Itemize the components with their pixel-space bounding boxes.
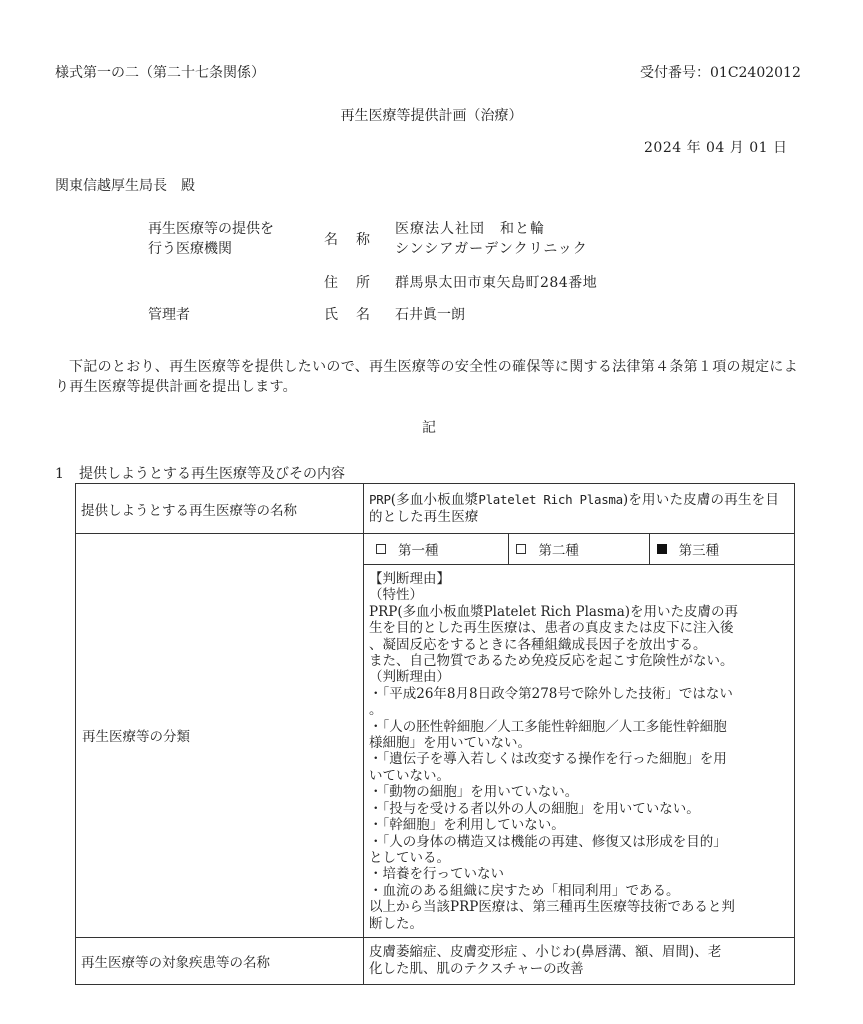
section-1-title: 提供しようとする再生医療等及びその内容 — [79, 466, 345, 482]
institution-address: 群馬県太田市東矢島町284番地 — [395, 272, 597, 292]
form-identifier: 様式第一の二（第二十七条関係） — [55, 62, 265, 82]
name-key-a: 名 — [324, 229, 338, 249]
checkbox-empty-icon — [516, 544, 526, 554]
reason-line: 【判断理由】 — [369, 571, 790, 587]
intro-paragraph: 下記のとおり、再生医療等を提供したいので、再生医療等の安全性の確保等に関する法律… — [55, 357, 800, 397]
name-value-jp1: (多血小板血漿 — [391, 492, 479, 508]
classification-label-cell: 再生医療等の分類 — [76, 534, 364, 938]
manager-name: 石井眞一朗 — [395, 304, 465, 324]
reason-line: ・「人の胚性幹細胞／人工多能性幹細胞／人工多能性幹細胞 — [369, 719, 790, 735]
reason-line: ・「遺伝子を導入若しくは改変する操作を行った細胞」を用 — [369, 751, 790, 767]
reason-line: ・「投与を受ける者以外の人の細胞」を用いていない。 — [369, 801, 790, 817]
reason-line: ・「幹細胞」を利用していない。 — [369, 817, 790, 833]
reason-line: ・「動物の細胞」を用いていない。 — [369, 784, 790, 800]
reason-line: （特性） — [369, 587, 790, 603]
reason-line: 生を目的とした再生医療は、患者の真皮または皮下に注入後 — [369, 620, 790, 636]
institution-label-line2: 行う医療機関 — [148, 239, 318, 259]
classification-option-label: 第二種 — [538, 539, 579, 559]
institution-name-line2: シンシアガーデンクリニック — [395, 239, 695, 259]
ki-text: 記 — [422, 417, 436, 437]
institution-label: 再生医療等の提供を 行う医療機関 — [148, 219, 318, 259]
reason-line: （判断理由） — [369, 669, 790, 685]
address-key-a: 住 — [324, 272, 338, 292]
reason-line: PRP(多血小板血漿Platelet Rich Plasma)を用いた皮膚の再 — [369, 604, 790, 620]
document-title: 再生医療等提供計画（治療） — [0, 105, 863, 125]
target-label-cell: 再生医療等の対象疾患等の名称 — [76, 937, 364, 984]
reason-line: ・培養を行っていない — [369, 866, 790, 882]
institution-name: 医療法人社団 和と輪 シンシアガーデンクリニック — [395, 219, 695, 259]
manager-label: 管理者 — [148, 304, 190, 324]
manager-key-b: 名 — [356, 304, 370, 324]
reason-line: ・「平成26年8月8日政令第278号で除外した技術」ではない — [369, 686, 790, 702]
classification-reason-cell: 【判断理由】（特性）PRP(多血小板血漿Platelet Rich Plasma… — [364, 565, 795, 938]
document-date: 2024 年 04 月 01 日 — [644, 137, 788, 157]
reason-line: 以上から当該PRP医療は、第三種再生医療等技術であると判 — [369, 899, 790, 915]
reason-line: ・血流のある組織に戻すため「相同利用」である。 — [369, 883, 790, 899]
target-value-line2: 化した肌、肌のテクスチャーの改善 — [369, 961, 789, 978]
name-value-prefix: PRP — [369, 492, 391, 507]
classification-option-3: 第三種 — [650, 534, 789, 564]
name-label-cell: 提供しようとする再生医療等の名称 — [76, 484, 364, 534]
reason-line: としている。 — [369, 850, 790, 866]
reason-line: 、凝固反応をするときに各種組織成長因子を放出する。 — [369, 637, 790, 653]
table-row-name: 提供しようとする再生医療等の名称 PRP(多血小板血漿Platelet Rich… — [76, 484, 795, 534]
addressee: 関東信越厚生局長 殿 — [55, 175, 195, 195]
classification-option-label: 第一種 — [398, 539, 439, 559]
reason-line: 。 — [369, 702, 790, 718]
reason-line: いていない。 — [369, 768, 790, 784]
reason-line: 様細胞」を用いていない。 — [369, 735, 790, 751]
table-row-target: 再生医療等の対象疾患等の名称 皮膚萎縮症、皮膚変形症 、小じわ(鼻唇溝、額、眉間… — [76, 937, 795, 984]
section-1-number: 1 — [55, 466, 79, 482]
ki-heading: 記 — [0, 417, 863, 437]
receipt-number: 受付番号：01C2402012 — [640, 62, 801, 82]
reason-line: ・「人の身体の構造又は機能の再建、修復又は形成を目的」 — [369, 834, 790, 850]
classification-option-label: 第三種 — [679, 539, 720, 559]
table-row-classification-options: 再生医療等の分類 第一種 第二種 第三種 — [76, 534, 795, 565]
target-value-cell: 皮膚萎縮症、皮膚変形症 、小じわ(鼻唇溝、額、眉間)、老 化した肌、肌のテクスチ… — [364, 937, 795, 984]
reason-line: また、自己物質であるため免疫反応を起こす危険性がない。 — [369, 653, 790, 669]
checkbox-filled-icon — [657, 544, 667, 554]
content-table: 提供しようとする再生医療等の名称 PRP(多血小板血漿Platelet Rich… — [75, 483, 795, 985]
reason-line: 断した。 — [369, 916, 790, 932]
institution-name-line1: 医療法人社団 和と輪 — [395, 219, 695, 239]
name-value-latin: Platelet Rich Plasma — [478, 492, 623, 507]
name-key-b: 称 — [356, 229, 370, 249]
address-key-b: 所 — [356, 272, 370, 292]
classification-option-1: 第一種 — [369, 534, 509, 564]
institution-label-line1: 再生医療等の提供を — [148, 219, 318, 239]
checkbox-empty-icon — [376, 544, 386, 554]
section-1-heading: 1提供しようとする再生医療等及びその内容 — [55, 463, 345, 483]
manager-key-a: 氏 — [324, 304, 338, 324]
target-value-line1: 皮膚萎縮症、皮膚変形症 、小じわ(鼻唇溝、額、眉間)、老 — [369, 944, 789, 961]
name-value-cell: PRP(多血小板血漿Platelet Rich Plasma)を用いた皮膚の再生… — [364, 484, 795, 534]
classification-options-cell: 第一種 第二種 第三種 — [364, 534, 795, 565]
classification-option-2: 第二種 — [509, 534, 649, 564]
